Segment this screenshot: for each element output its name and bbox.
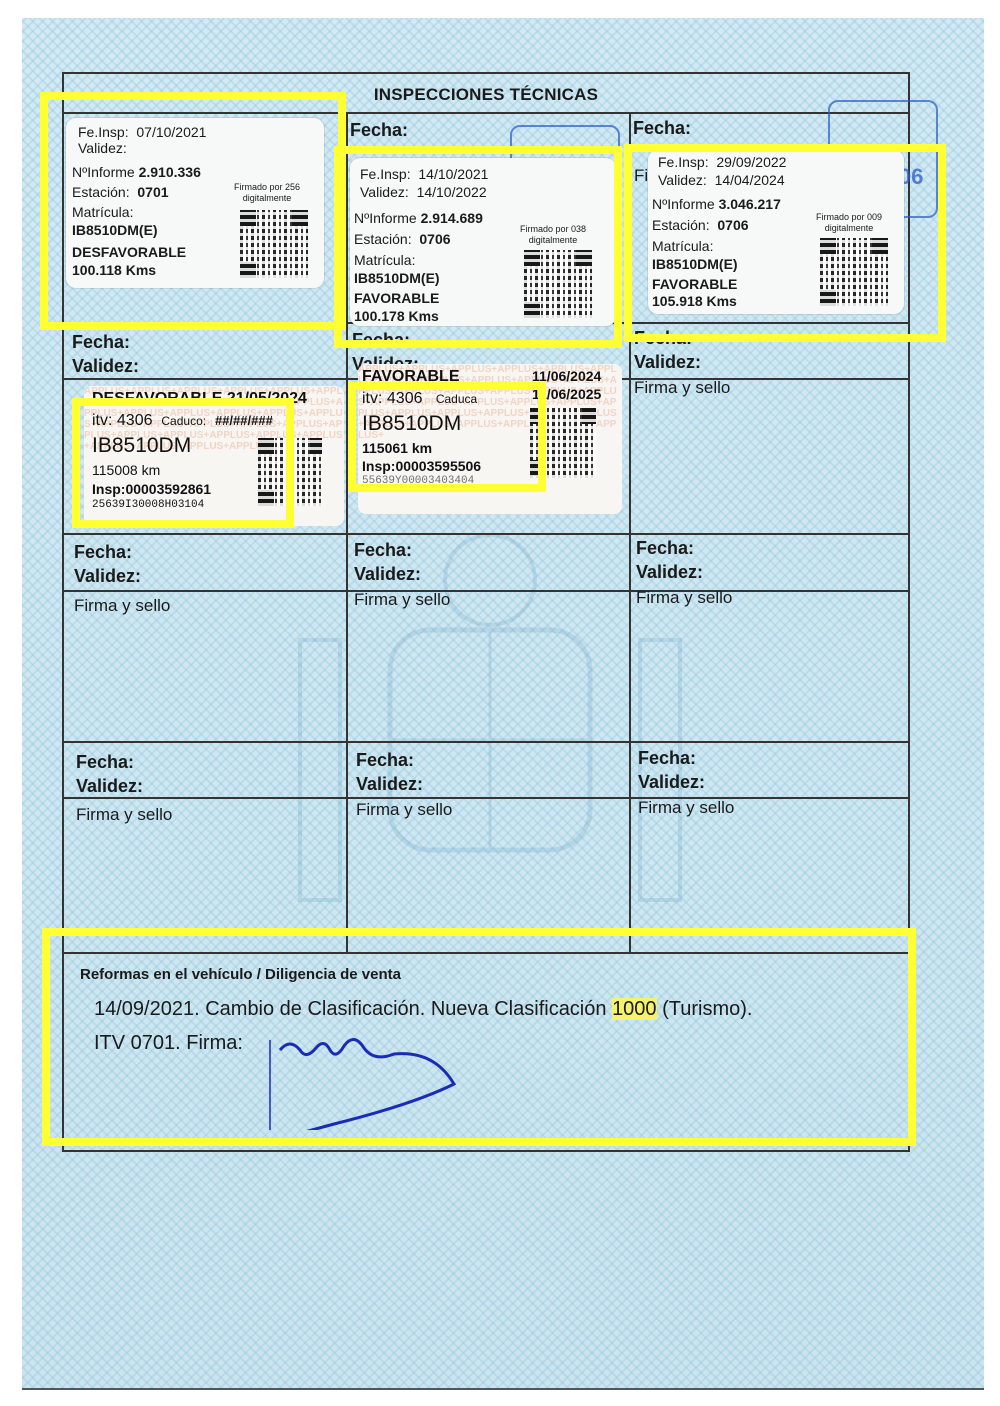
highlight-box [624,144,946,342]
fecha-label: Fecha: [638,746,696,770]
validez-label: Validez: [74,564,141,588]
fecha-label: Fecha: [354,538,412,562]
highlight-box [348,382,546,492]
validez-label: Validez: [638,770,705,794]
highlight-box [334,146,622,348]
fecha-label: Fecha: [636,536,694,560]
validez-label: Validez: [634,350,701,374]
firma-sello-label: Firma y sello [74,596,170,616]
fecha-label: Fecha: [633,116,691,140]
validez-label: Validez: [76,774,143,798]
highlight-box [72,398,294,528]
validez-label: Validez: [636,560,703,584]
highlight-box [42,928,916,1146]
firma-sello-label: Firma y sello [356,800,452,820]
row-divider [62,741,910,743]
page-title: INSPECCIONES TÉCNICAS [374,85,598,105]
firma-sello-label: Firma y sello [354,590,450,610]
fecha-label: Fecha: [72,330,130,354]
firma-sello-label: Firma y sello [636,588,732,608]
validez-label: Validez: [72,354,139,378]
fecha-label: Fecha: [356,748,414,772]
fecha-label: Fecha: [74,540,132,564]
fecha-label: Fecha: [350,118,408,142]
row-divider [62,797,910,799]
validez-label: Validez: [354,562,421,586]
firma-sello-label: Firma y sello [76,805,172,825]
firma-sello-label: Firma y sello [634,378,730,398]
firma-sello-label: Firma y sello [638,798,734,818]
row-divider [62,533,910,535]
validez-label: Validez: [356,772,423,796]
highlight-box [40,92,346,330]
row-divider [62,590,910,592]
fecha-label: Fecha: [76,750,134,774]
